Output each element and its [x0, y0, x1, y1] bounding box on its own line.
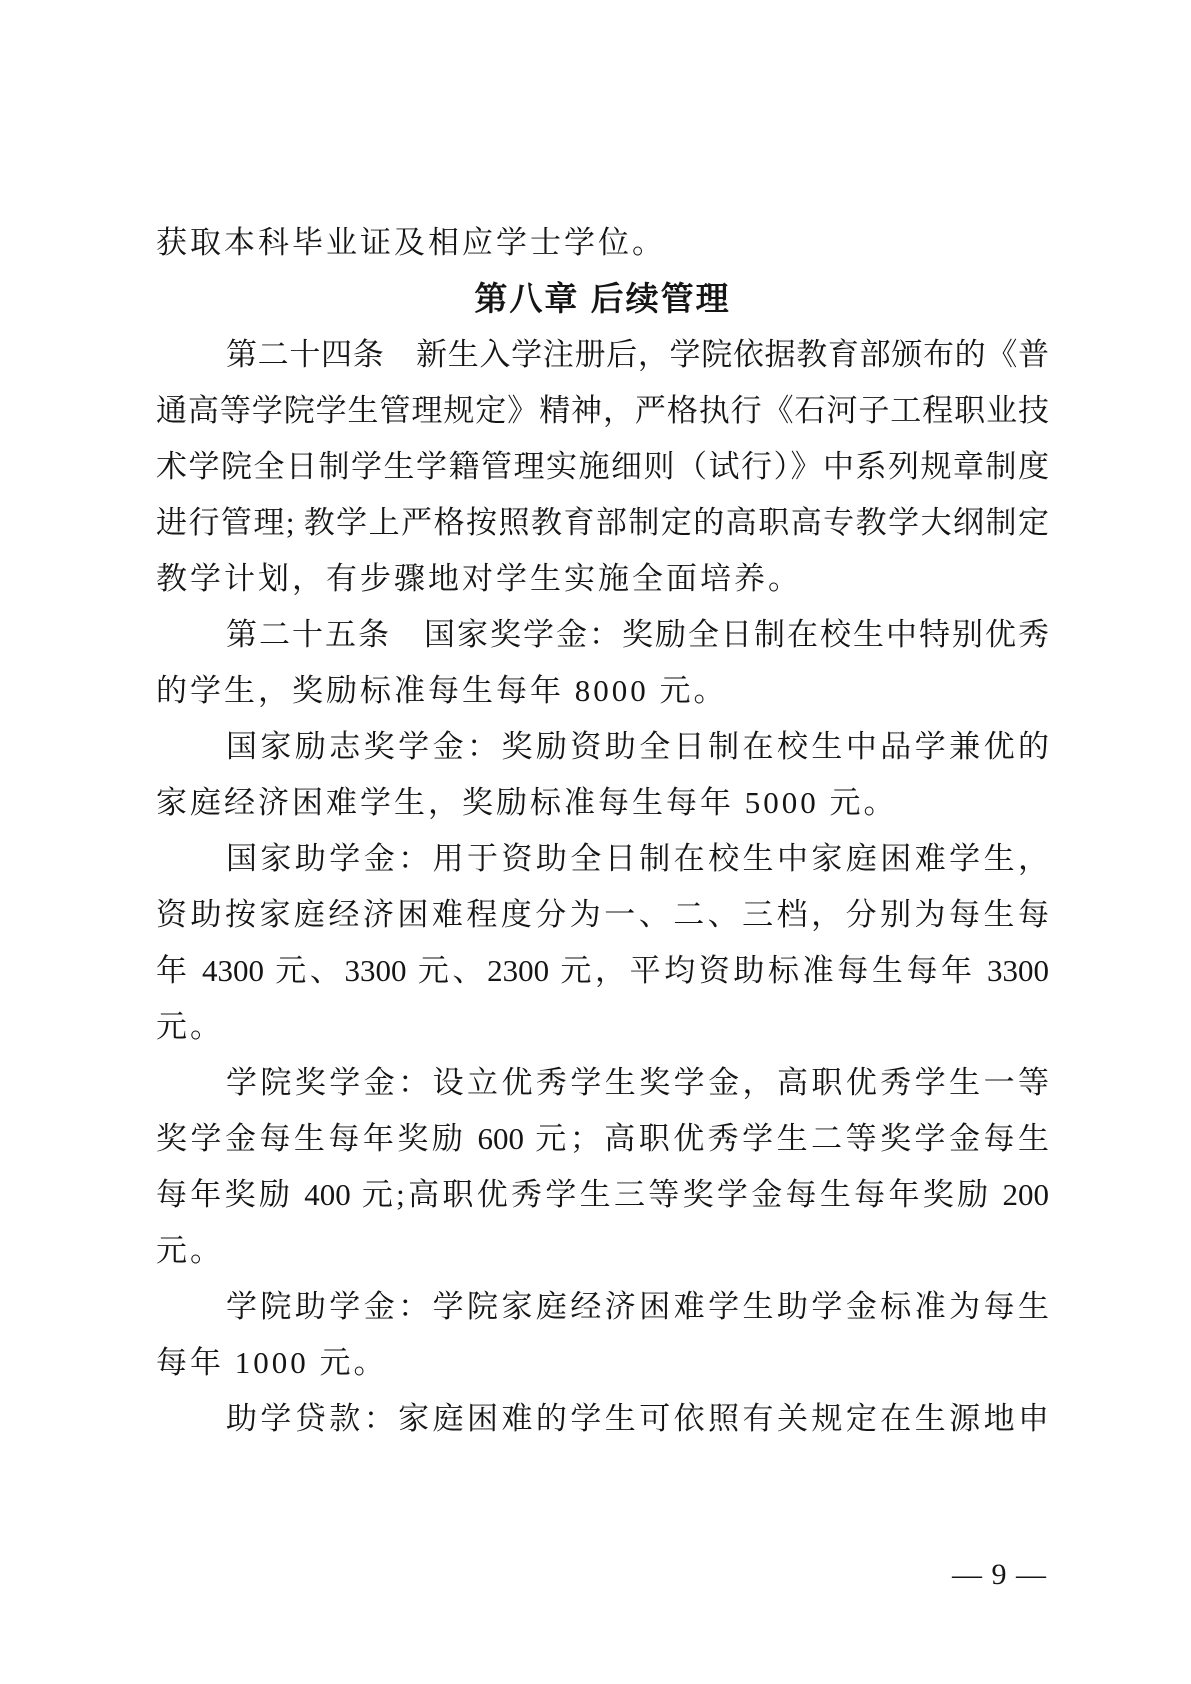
text-line: 每年奖励 400 元;高职优秀学生三等奖学金每生每年奖励 200: [156, 1167, 1049, 1223]
text-line: 国家助学金：用于资助全日制在校生中家庭困难学生，: [156, 831, 1049, 887]
page-number: — 9 —: [952, 1556, 1047, 1594]
text-line: 第二十四条 新生入学注册后，学院依据教育部颁布的《普: [156, 327, 1049, 383]
text-line: 术学院全日制学生学籍管理实施细则（试行）》中系列规章制度: [156, 439, 1049, 495]
text-line: 获取本科毕业证及相应学士学位。: [156, 215, 1049, 271]
text-line: 的学生，奖励标准每生每年 8000 元。: [156, 663, 1049, 719]
document-content: 获取本科毕业证及相应学士学位。第八章 后续管理第二十四条 新生入学注册后，学院依…: [156, 215, 1049, 1447]
text-line: 资助按家庭经济困难程度分为一、二、三档，分别为每生每: [156, 887, 1049, 943]
text-line: 助学贷款：家庭困难的学生可依照有关规定在生源地申: [156, 1391, 1049, 1447]
text-line: 教学计划，有步骤地对学生实施全面培养。: [156, 551, 1049, 607]
text-line: 国家励志奖学金：奖励资助全日制在校生中品学兼优的: [156, 719, 1049, 775]
document-page: 获取本科毕业证及相应学士学位。第八章 后续管理第二十四条 新生入学注册后，学院依…: [0, 0, 1191, 1684]
text-line: 年 4300 元、3300 元、2300 元，平均资助标准每生每年 3300: [156, 943, 1049, 999]
text-line: 每年 1000 元。: [156, 1335, 1049, 1391]
text-line: 进行管理; 教学上严格按照教育部制定的高职高专教学大纲制定: [156, 495, 1049, 551]
text-line: 家庭经济困难学生，奖励标准每生每年 5000 元。: [156, 775, 1049, 831]
text-line: 奖学金每生每年奖励 600 元；高职优秀学生二等奖学金每生: [156, 1111, 1049, 1167]
text-line: 学院奖学金：设立优秀学生奖学金，高职优秀学生一等: [156, 1055, 1049, 1111]
text-line: 第二十五条 国家奖学金：奖励全日制在校生中特别优秀: [156, 607, 1049, 663]
chapter-heading: 第八章 后续管理: [156, 271, 1049, 327]
text-line: 元。: [156, 999, 1049, 1055]
text-line: 元。: [156, 1223, 1049, 1279]
text-line: 通高等学院学生管理规定》精神，严格执行《石河子工程职业技: [156, 383, 1049, 439]
text-line: 学院助学金：学院家庭经济困难学生助学金标准为每生: [156, 1279, 1049, 1335]
